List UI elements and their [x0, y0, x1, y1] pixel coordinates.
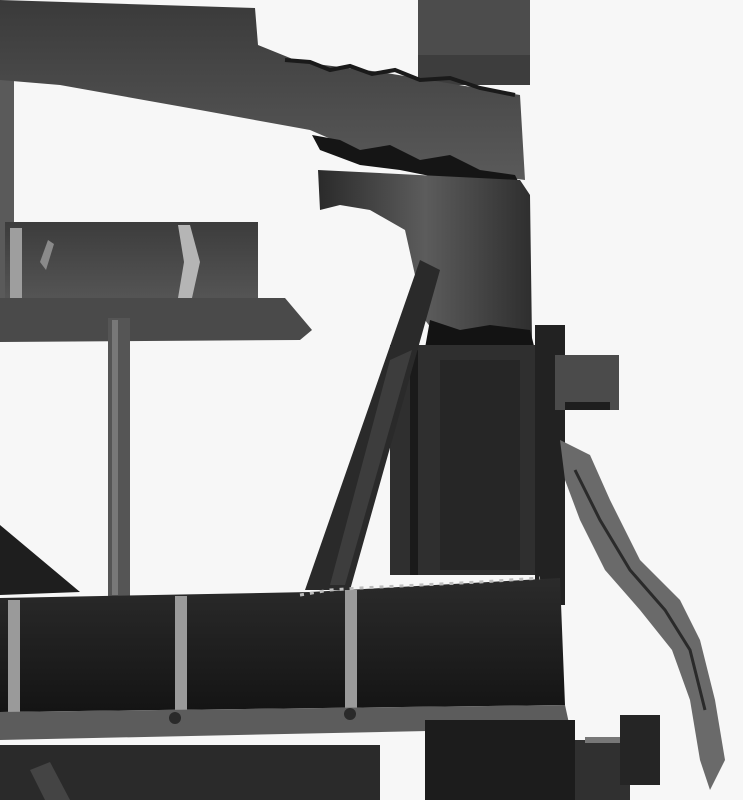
stiffener-1	[8, 600, 20, 715]
shelf-flange	[0, 298, 312, 342]
stiffener-3	[345, 590, 357, 708]
support-post	[108, 318, 130, 598]
stiffener-2	[175, 596, 187, 711]
bottom-beam	[0, 578, 565, 712]
steel-connection-photo	[0, 0, 743, 800]
side-bracket	[555, 355, 619, 410]
base-column	[425, 720, 575, 800]
